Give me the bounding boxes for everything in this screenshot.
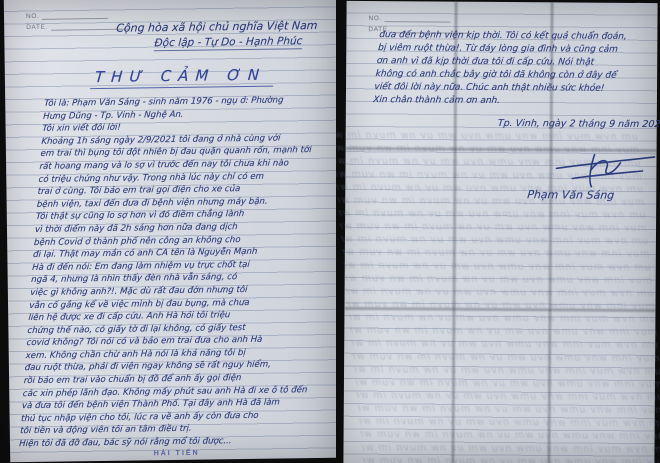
photo-collage: NO. DATE. Cộng hòa xã hội chủ nghĩa Việt… — [0, 0, 660, 463]
left-body-text: Tôi là: Phạm Văn Sáng - sinh năm 1976 - … — [19, 94, 336, 451]
right-body-text: đưa đến bệnh viện kịp thời. Tôi có kết q… — [372, 29, 658, 109]
right-page-paper: NO. DATE. um nvw muv inm wnv umw nvu wm … — [343, 1, 657, 463]
signature-scribble — [550, 148, 660, 193]
national-motto: Độc lập - Tự Do - Hạnh Phúc — [154, 35, 303, 51]
right-page-photo: NO. DATE. um nvw muv inm wnv umw nvu wm … — [336, 0, 660, 463]
left-page-paper: NO. DATE. Cộng hòa xã hội chủ nghĩa Việt… — [4, 0, 336, 462]
notebook-brand: HẢI TIẾN — [154, 450, 200, 458]
signer-name: Phạm Văn Sáng — [527, 188, 615, 202]
printed-no-date-header: NO. DATE. — [26, 8, 129, 31]
letter-title: THƯ CẢM ƠN — [90, 66, 275, 90]
no-label: NO. — [26, 13, 39, 20]
national-header: Cộng hòa xã hội chủ nghĩa Việt Nam — [116, 19, 336, 35]
left-page-photo: NO. DATE. Cộng hòa xã hội chủ nghĩa Việt… — [0, 0, 336, 463]
no-label: NO. — [368, 15, 381, 22]
horizontal-fold-crease — [344, 307, 655, 312]
date-place-line: Tp. Vinh, ngày 2 tháng 9 năm 2021 — [498, 118, 660, 130]
handwritten-line: Xin chân thành cảm ơn anh. — [372, 94, 652, 109]
date-label: DATE. — [26, 24, 48, 31]
